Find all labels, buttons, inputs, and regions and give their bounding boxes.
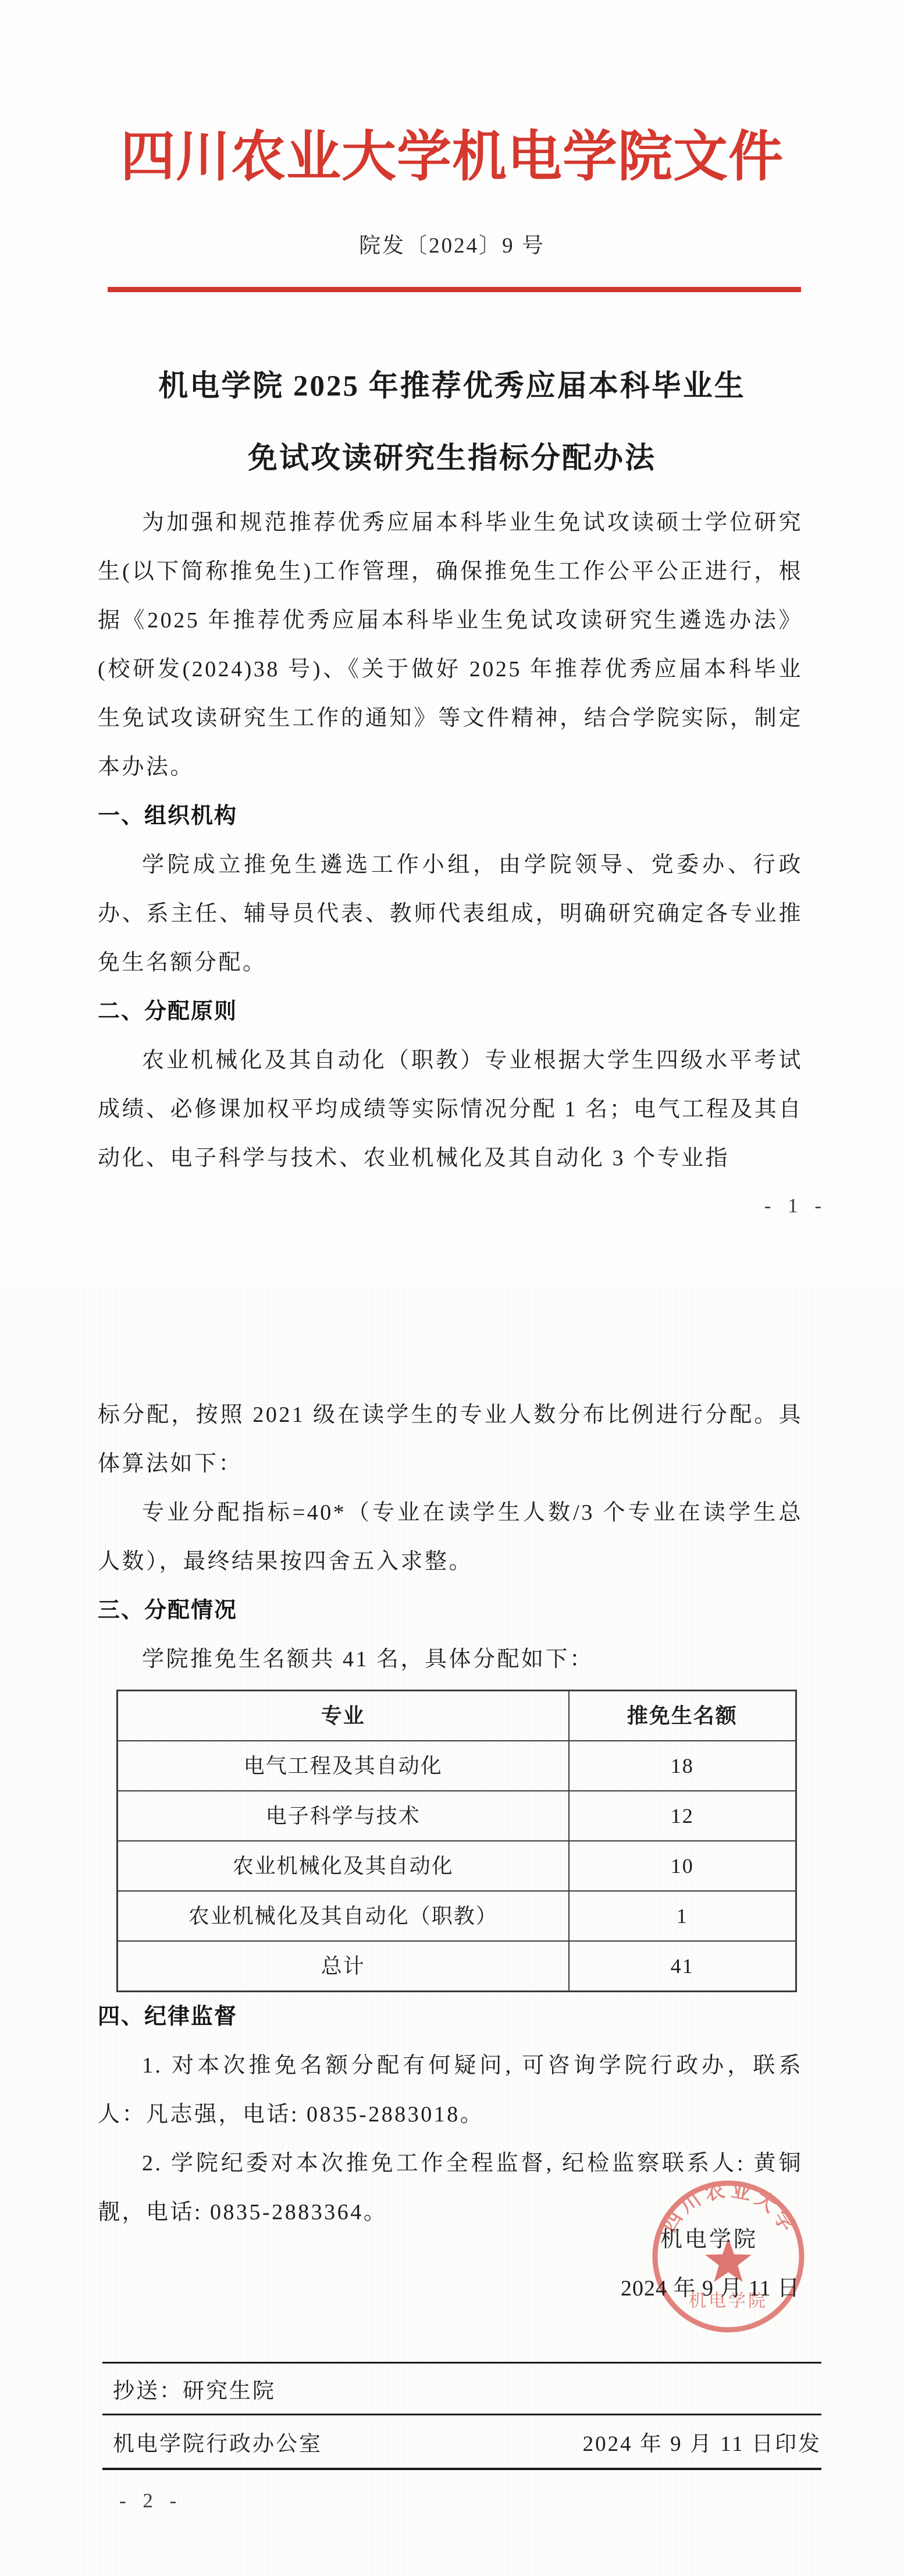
doc-number: 院发〔2024〕9 号: [0, 232, 904, 261]
table-cell-major: 农业机械化及其自动化（职教）: [118, 1891, 569, 1941]
table-row: 农业机械化及其自动化（职教） 1: [118, 1891, 796, 1941]
red-header-rule: [108, 287, 801, 292]
table-row: 农业机械化及其自动化 10: [118, 1841, 796, 1891]
org-title: 四川农业大学机电学院文件: [0, 0, 904, 198]
issuer-office: 机电学院行政办公室: [113, 2426, 322, 2457]
table-row: 电子科学与技术 12: [118, 1791, 796, 1841]
table-header-major: 专业: [118, 1691, 569, 1741]
allocation-intro: 学院推免生名额共 41 名，具体分配如下：: [98, 1635, 803, 1684]
page1-body: 为加强和规范推荐优秀应届本科毕业生免试攻读硕士学位研究生(以下简称推免生)工作管…: [98, 498, 803, 1183]
formula-paragraph: 专业分配指标=40*（专业在读学生人数/3 个专业在读学生总人数），最终结果按四…: [98, 1488, 803, 1586]
section4-heading: 四、纪律监督: [98, 1992, 803, 2041]
table-cell-major: 总计: [118, 1941, 569, 1992]
continuation-paragraph: 标分配，按照 2021 级在读学生的专业人数分布比例进行分配。具体算法如下：: [98, 1390, 803, 1488]
quota-table: 专业 推免生名额 电气工程及其自动化 18 电子科学与技术 12 农业机械化及其…: [116, 1690, 797, 1992]
table-cell-quota: 12: [569, 1791, 796, 1841]
section2-paragraph: 农业机械化及其自动化（职教）专业根据大学生四级水平考试成绩、必修课加权平均成绩等…: [98, 1036, 803, 1183]
table-header-row: 专业 推免生名额: [118, 1691, 796, 1741]
cc-line: 抄送：研究生院: [102, 2364, 821, 2414]
issuer-row: 机电学院行政办公室 2024 年 9 月 11 日印发: [102, 2415, 821, 2468]
table-cell-major: 电气工程及其自动化: [118, 1741, 569, 1791]
intro-paragraph: 为加强和规范推荐优秀应届本科毕业生免试攻读硕士学位研究生(以下简称推免生)工作管…: [98, 498, 803, 792]
section1-heading: 一、组织机构: [98, 792, 803, 840]
doc-title-line2: 免试攻读研究生指标分配办法: [0, 423, 904, 495]
table-header-quota: 推免生名额: [569, 1691, 796, 1741]
section2-heading: 二、分配原则: [98, 987, 803, 1036]
doc-title-line1: 机电学院 2025 年推荐优秀应届本科毕业生: [0, 350, 904, 423]
table-cell-major: 农业机械化及其自动化: [118, 1841, 569, 1891]
table-row-total: 总计 41: [118, 1941, 796, 1992]
table-cell-major: 电子科学与技术: [118, 1791, 569, 1841]
table-cell-quota: 1: [569, 1891, 796, 1941]
table-cell-quota: 41: [569, 1941, 796, 1992]
document-footer: 抄送：研究生院 机电学院行政办公室 2024 年 9 月 11 日印发: [102, 2362, 821, 2470]
page-number-2: - 2 -: [119, 2489, 177, 2513]
table-cell-quota: 10: [569, 1841, 796, 1891]
table-cell-quota: 18: [569, 1741, 796, 1791]
signature-block: 机电学院 2024 年 9 月 11 日: [621, 2226, 798, 2302]
signature-date: 2024 年 9 月 11 日: [621, 2275, 798, 2302]
document-page-1: 四川农业大学机电学院文件 院发〔2024〕9 号 机电学院 2025 年推荐优秀…: [0, 0, 904, 1288]
doc-title: 机电学院 2025 年推荐优秀应届本科毕业生 免试攻读研究生指标分配办法: [0, 350, 904, 495]
discipline-item-1: 1. 对本次推免名额分配有何疑问, 可咨询学院行政办，联系人：凡志强，电话: 0…: [98, 2041, 803, 2139]
table-row: 电气工程及其自动化 18: [118, 1741, 796, 1791]
footer-rule-bottom: [102, 2468, 821, 2470]
signature-name: 机电学院: [621, 2226, 798, 2253]
page2-body: 标分配，按照 2021 级在读学生的专业人数分布比例进行分配。具体算法如下： 专…: [98, 1288, 803, 2237]
page-number-1: - 1 -: [0, 1194, 823, 1218]
section3-heading: 三、分配情况: [98, 1586, 803, 1635]
print-date: 2024 年 9 月 11 日印发: [583, 2426, 821, 2457]
document-page-2: 标分配，按照 2021 级在读学生的专业人数分布比例进行分配。具体算法如下： 专…: [0, 1288, 904, 2576]
section1-paragraph: 学院成立推免生遴选工作小组，由学院领导、党委办、行政办、系主任、辅导员代表、教师…: [98, 840, 803, 987]
